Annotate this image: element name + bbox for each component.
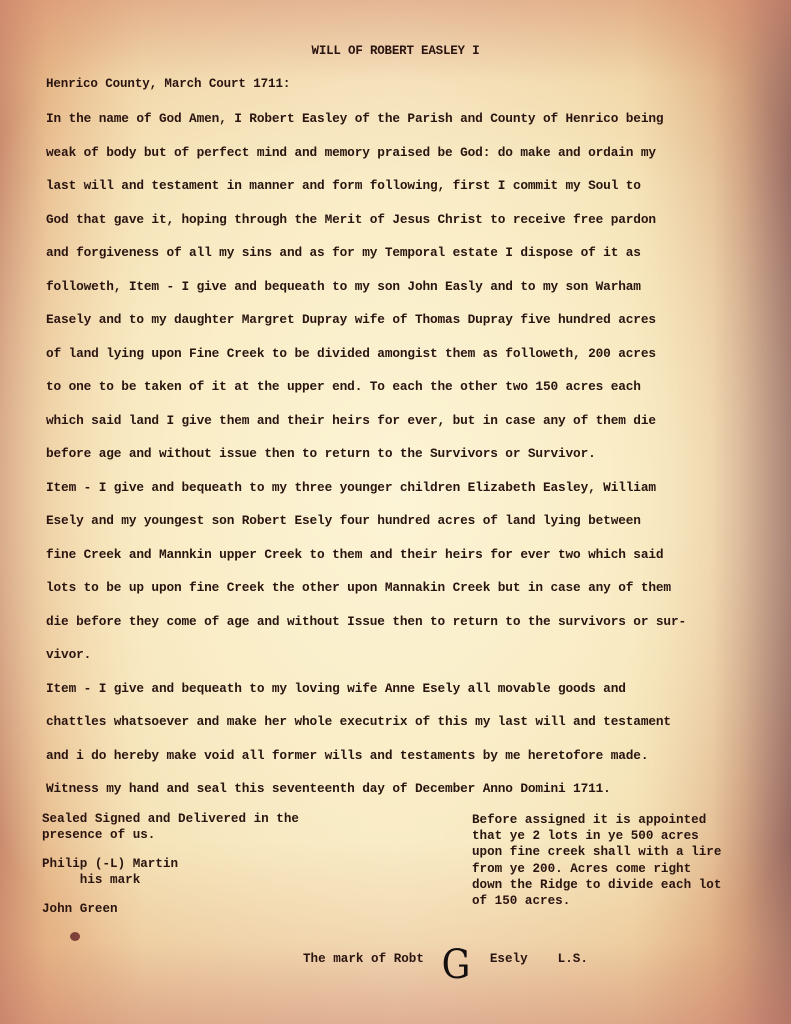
- witness-line: presence of us.: [42, 828, 299, 844]
- body-line: before age and without issue then to ret…: [46, 444, 756, 478]
- body-line: Witness my hand and seal this seventeent…: [46, 779, 756, 813]
- witness-name: Philip (-L) Martin: [42, 857, 299, 873]
- witness-name: John Green: [42, 902, 299, 918]
- body-line: lots to be up upon fine Creek the other …: [46, 578, 756, 612]
- body-line: vivor.: [46, 645, 756, 679]
- body-line: weak of body but of perfect mind and mem…: [46, 143, 756, 177]
- body-line: and i do hereby make void all former wil…: [46, 746, 756, 780]
- body-line: chattles whatsoever and make her whole e…: [46, 712, 756, 746]
- witness-line: Sealed Signed and Delivered in the: [42, 812, 299, 828]
- signature-surname: Esely: [490, 952, 528, 966]
- witness-mark-note: his mark: [42, 873, 299, 889]
- body-line: of land lying upon Fine Creek to be divi…: [46, 344, 756, 378]
- body-line: Easely and to my daughter Margret Dupray…: [46, 310, 756, 344]
- body-line: to one to be taken of it at the upper en…: [46, 377, 756, 411]
- will-body: In the name of God Amen, I Robert Easley…: [46, 109, 756, 813]
- signature-mark-icon: G: [442, 950, 471, 980]
- note-line: Before assigned it is appointed: [472, 812, 721, 828]
- document-title: WILL OF ROBERT EASLEY I: [0, 44, 791, 58]
- body-line: which said land I give them and their he…: [46, 411, 756, 445]
- body-line: followeth, Item - I give and bequeath to…: [46, 277, 756, 311]
- note-line: that ye 2 lots in ye 500 acres: [472, 828, 721, 844]
- witness-block: Sealed Signed and Delivered in the prese…: [42, 812, 299, 918]
- court-heading: Henrico County, March Court 1711:: [46, 77, 290, 91]
- testator-signature: The mark of Robt G Esely L.S.: [303, 944, 588, 974]
- body-line: die before they come of age and without …: [46, 612, 756, 646]
- body-line: Item - I give and bequeath to my loving …: [46, 679, 756, 713]
- body-line: Item - I give and bequeath to my three y…: [46, 478, 756, 512]
- body-line: God that gave it, hoping through the Mer…: [46, 210, 756, 244]
- body-line: Esely and my youngest son Robert Esely f…: [46, 511, 756, 545]
- note-line: down the Ridge to divide each lot: [472, 877, 721, 893]
- body-line: fine Creek and Mannkin upper Creek to th…: [46, 545, 756, 579]
- signature-prefix: The mark of Robt: [303, 952, 424, 966]
- body-line: and forgiveness of all my sins and as fo…: [46, 243, 756, 277]
- ink-blot: [70, 932, 80, 941]
- note-line: from ye 200. Acres come right: [472, 861, 721, 877]
- body-line: last will and testament in manner and fo…: [46, 176, 756, 210]
- addendum-note: Before assigned it is appointed that ye …: [472, 812, 721, 909]
- body-line: In the name of God Amen, I Robert Easley…: [46, 109, 756, 143]
- will-document: WILL OF ROBERT EASLEY I Henrico County, …: [0, 0, 791, 1024]
- seal-label: L.S.: [558, 952, 588, 966]
- note-line: of 150 acres.: [472, 893, 721, 909]
- note-line: upon fine creek shall with a lire: [472, 844, 721, 860]
